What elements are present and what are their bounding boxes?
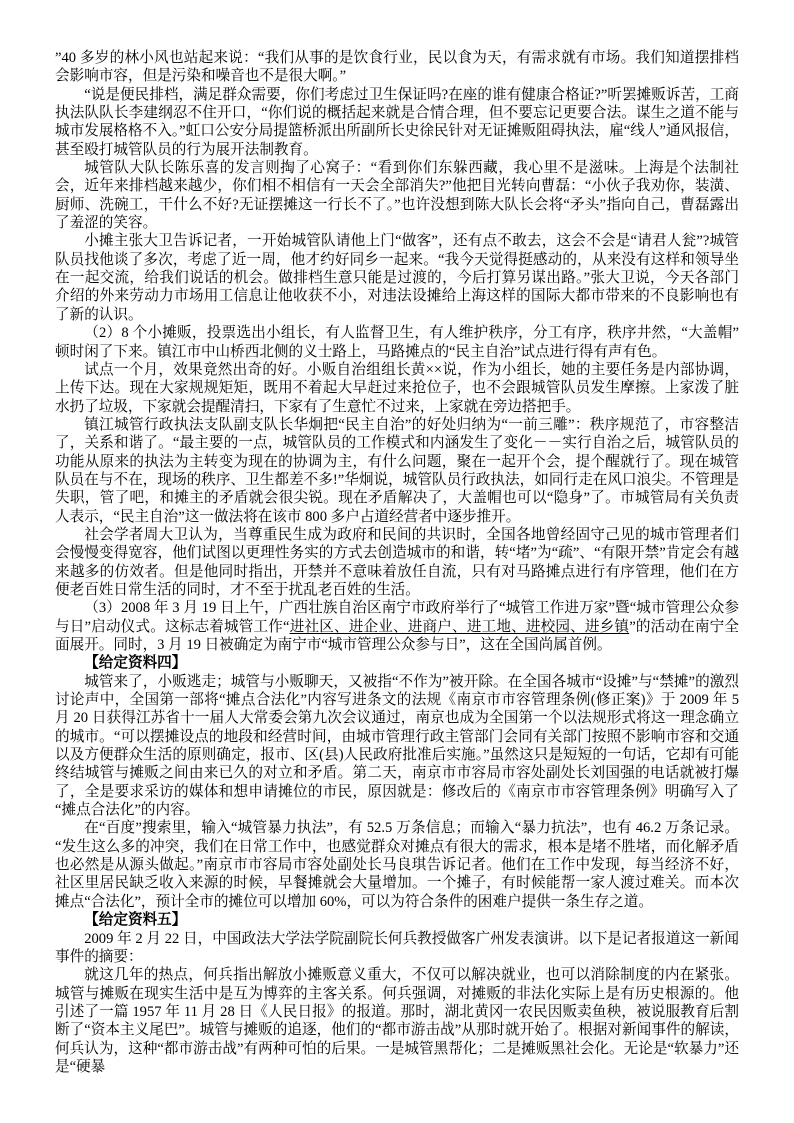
paragraph-baidu-search-stats: 在“百度”搜索里，输入“城管暴力执法”，有 52.5 万条信息；而输入“暴力抗法…: [55, 819, 739, 911]
paragraph-zhangdawei-interview: 小摊主张大卫告诉记者，一开始城管队请他上门“做客”，还有点不敢去，这会不会是“请…: [55, 232, 739, 324]
paragraph-huajiong-self-governance: 镇江城管行政执法支队副支队长华炯把“民主自治”的好处归纳为“一前三雕”：秩序规范…: [55, 416, 739, 526]
paragraph-lijiangang-law-education: “说是便民排档，满足群众需要，你们考虑过卫生保证吗?在座的谁有健康合格证?”听罢…: [55, 86, 739, 159]
paragraph-item2-zhenjiang-vendors: （2）8 个小摊贩，投票选出小组长，有人监督卫生，有人维护秩序，分工有序，秩序井…: [55, 324, 739, 361]
paragraph-nanjing-regulation: 城管来了，小贩逃走；城管与小贩聊天，又被指“不作为”被开除。在全国各城市“设摊”…: [55, 673, 739, 820]
paragraph-chenlexi-speech: 城管队大队长陈乐喜的发言则掏了心窝子：“看到你们东躲西藏，我心里不是滋味。上海是…: [55, 159, 739, 232]
nanning-activities-underlined: 进社区、进企业、进商户、进工地、进校园、进乡镇: [290, 619, 630, 635]
paragraph-pilot-one-month: 试点一个月，效果竟然出奇的好。小贩自治组组长黄××说，作为小组长，她的主要任务是…: [55, 361, 739, 416]
paragraph-continuation-linxiaofeng: ”40 多岁的林小风也站起来说：“我们从事的是饮食行业，民以食为天，有需求就有市…: [55, 49, 739, 86]
document-page: ”40 多岁的林小风也站起来说：“我们从事的是饮食行业，民以食为天，有需求就有市…: [0, 0, 794, 1123]
paragraph-zhoudawei-scholar: 社会学者周大卫认为，当尊重民生成为政府和民间的共识时，全国各地曾经固守己见的城市…: [55, 526, 739, 599]
section-heading-material-4: 【给定资料四】: [55, 654, 739, 672]
paragraph-hebing-lecture-intro: 2009 年 2 月 22 日，中国政法大学法学院副院长何兵教授做客广州发表演讲…: [55, 930, 739, 967]
paragraph-hebing-lecture-summary: 就这几年的热点，何兵指出解放小摊贩意义重大，不仅可以解决就业，也可以消除制度的内…: [55, 966, 739, 1076]
section-heading-material-5: 【给定资料五】: [55, 911, 739, 929]
document-body: ”40 多岁的林小风也站起来说：“我们从事的是饮食行业，民以食为天，有需求就有市…: [55, 49, 739, 1076]
paragraph-item3-nanning: （3）2008 年 3 月 19 日上午，广西壮族自治区南宁市政府举行了“城管工…: [55, 599, 739, 654]
